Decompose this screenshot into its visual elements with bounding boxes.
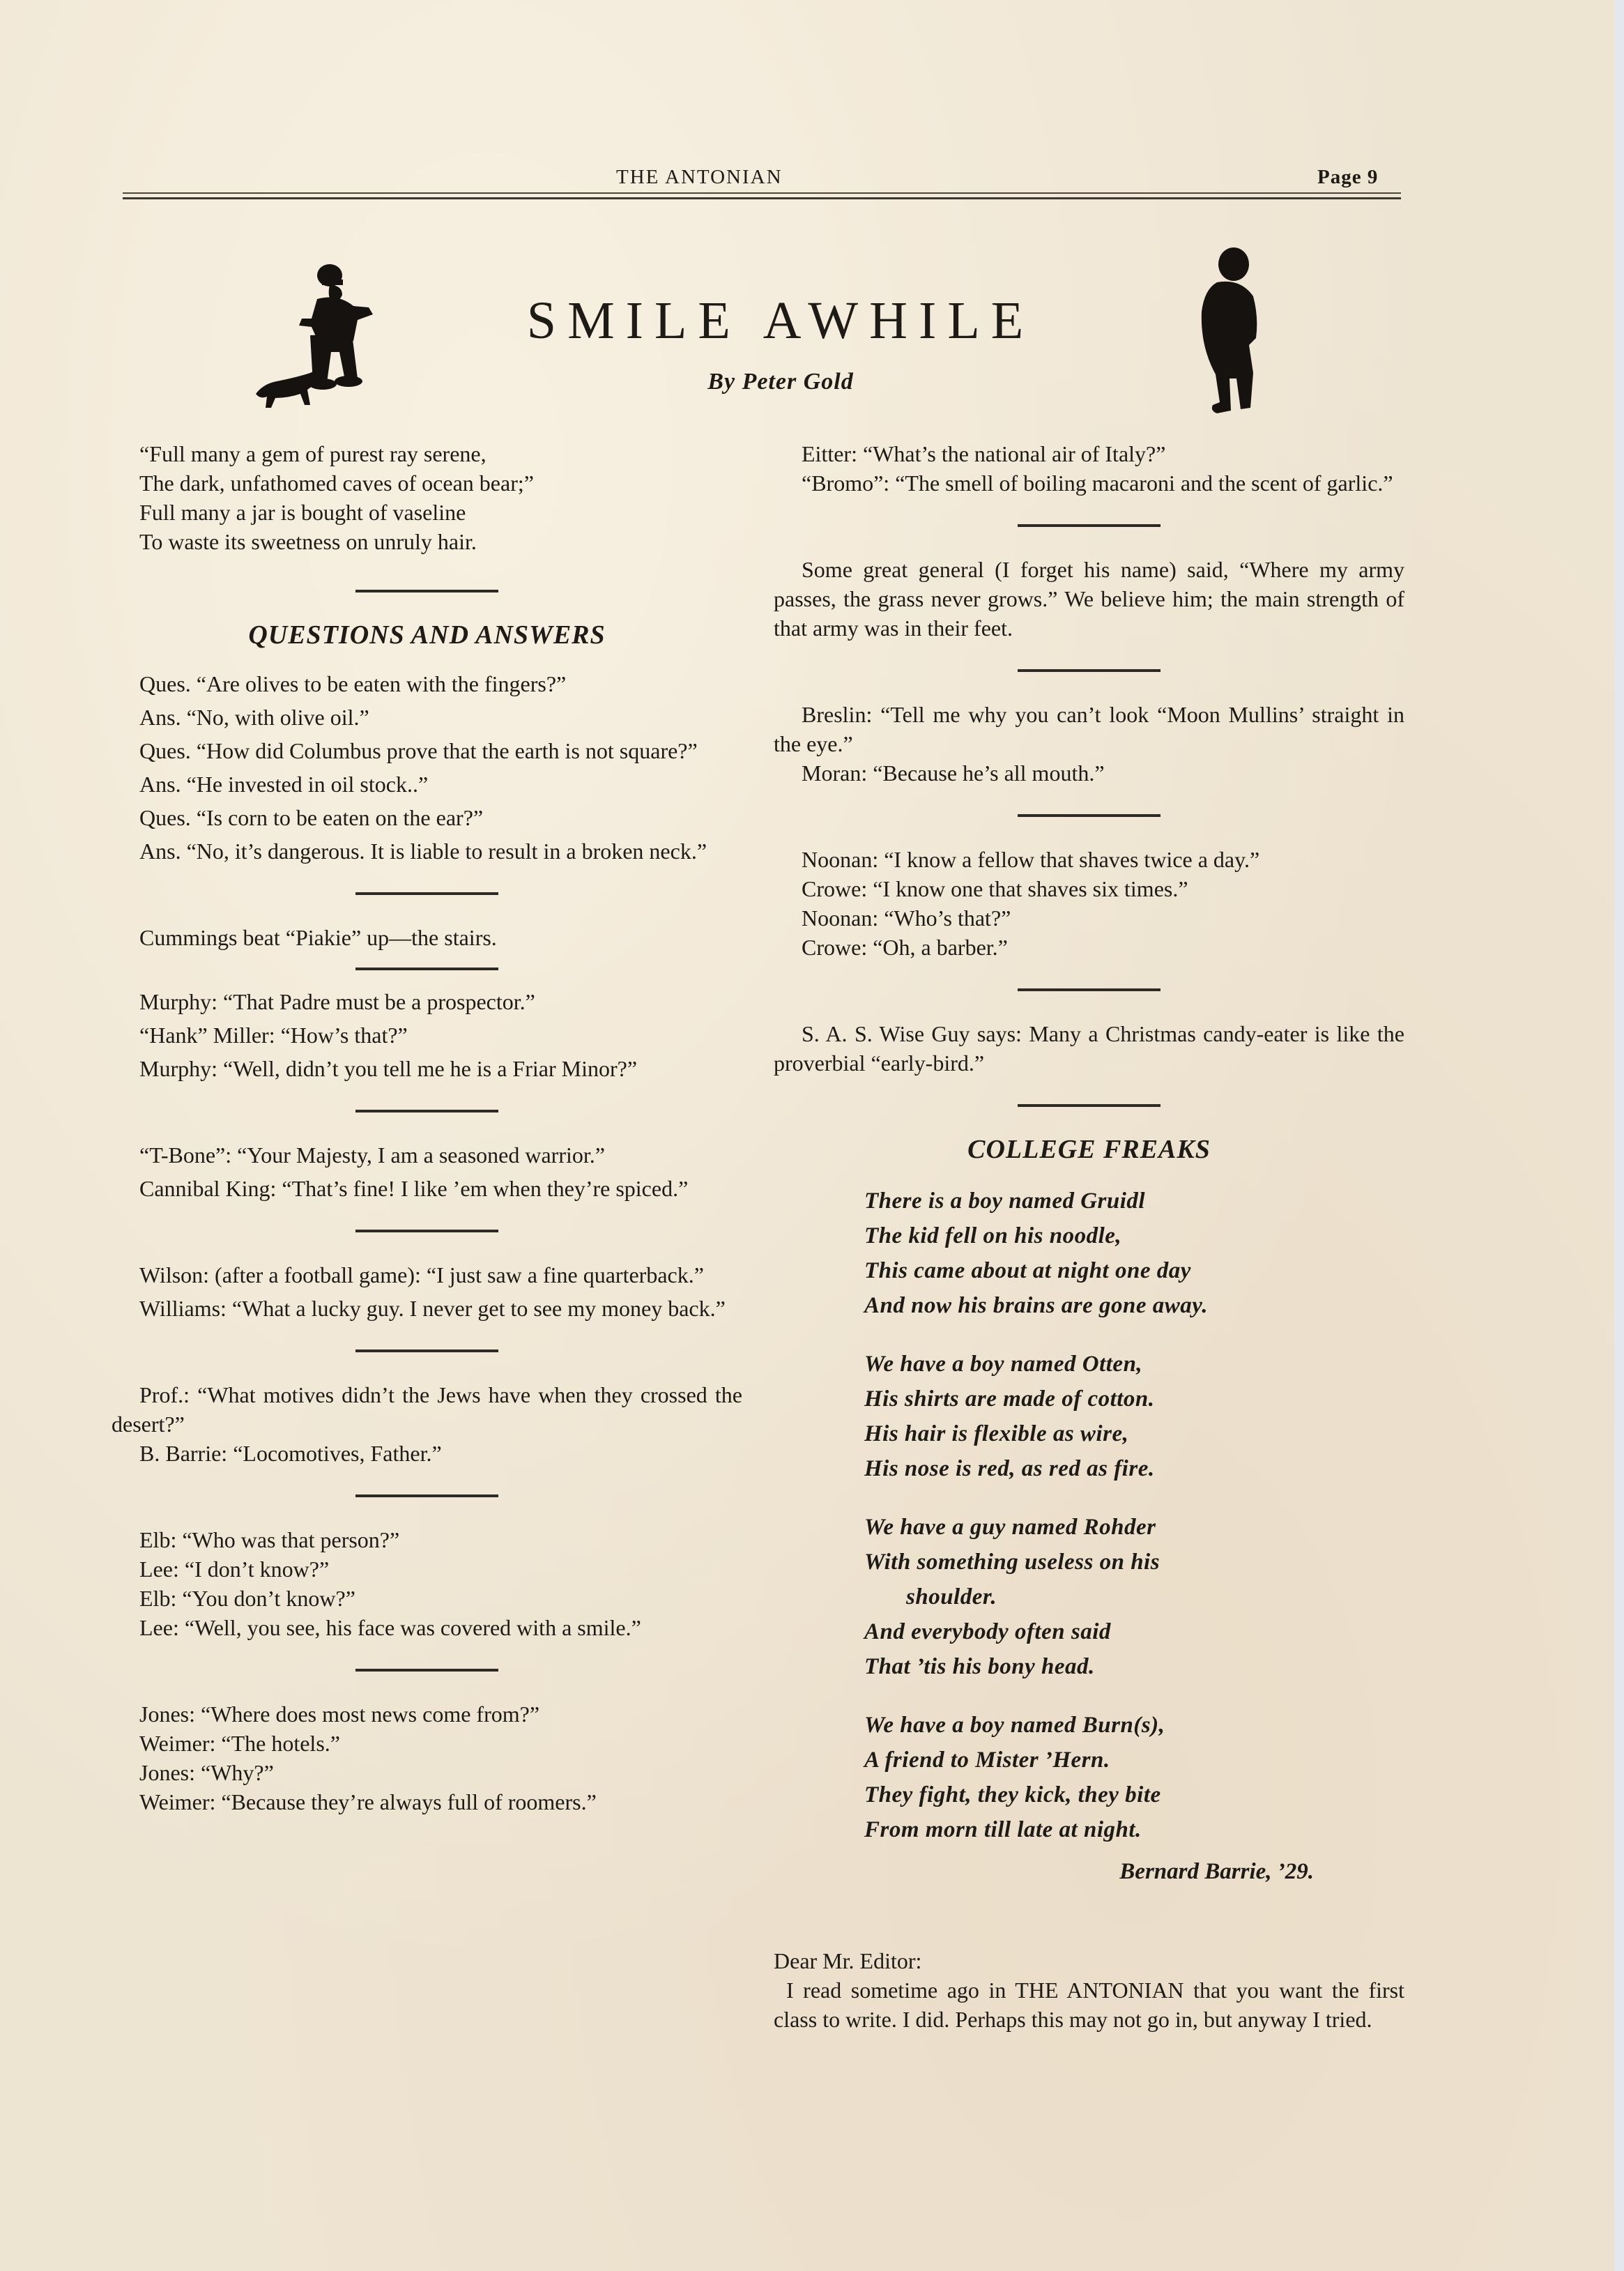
- stout-man-icon: [1185, 240, 1262, 429]
- joke-noonan: Noonan: “I know a fellow that shaves twi…: [774, 845, 1404, 962]
- qa-line: Ans. “He invested in oil stock..”: [112, 770, 742, 799]
- dialogue-line: Moran: “Because he’s all mouth.”: [774, 758, 1404, 788]
- section-separator: [355, 590, 498, 592]
- joke-murphy: Murphy: “That Padre must be a prospector…: [112, 987, 742, 1083]
- qa-line: Ques. “How did Columbus prove that the e…: [112, 736, 742, 765]
- page-number: Page 9: [1317, 166, 1378, 189]
- section-heading-college-freaks: COLLEGE FREAKS: [774, 1135, 1404, 1164]
- poem-line: They fight, they kick, they bite: [864, 1777, 1404, 1812]
- dialogue-line: Noonan: “Who’s that?”: [774, 903, 1404, 933]
- poem-line: That ’tis his bony head.: [864, 1649, 1404, 1684]
- dialogue-line: Lee: “I don’t know?”: [112, 1554, 742, 1584]
- poem-line: We have a boy named Otten,: [864, 1347, 1404, 1382]
- poem-line: With something useless on his: [864, 1545, 1404, 1580]
- section-separator: [1018, 524, 1160, 527]
- poem-line: His nose is red, as red as fire.: [864, 1451, 1404, 1486]
- dialogue-line: Elb: “Who was that person?”: [112, 1525, 742, 1554]
- article-title: SMILE AWHILE: [390, 289, 1171, 352]
- qa-section: Ques. “Are olives to be eaten with the f…: [112, 669, 742, 866]
- dialogue-line: Jones: “Why?”: [112, 1758, 742, 1787]
- section-separator: [1018, 814, 1160, 817]
- section-separator: [355, 1349, 498, 1352]
- qa-line: Ques. “Are olives to be eaten with the f…: [112, 669, 742, 698]
- dialogue-line: Elb: “You don’t know?”: [112, 1584, 742, 1613]
- poem-line: We have a boy named Burn(s),: [864, 1708, 1404, 1743]
- section-separator: [355, 892, 498, 895]
- joke-wilson: Wilson: (after a football game): “I just…: [112, 1260, 742, 1323]
- joke-breslin: Breslin: “Tell me why you can’t look “Mo…: [774, 700, 1404, 788]
- section-separator: [355, 1669, 498, 1672]
- poem-line: His hair is flexible as wire,: [864, 1416, 1404, 1451]
- section-heading-questions-and-answers: QUESTIONS AND ANSWERS: [112, 620, 742, 650]
- dialogue-line: Crowe: “Oh, a barber.”: [774, 933, 1404, 962]
- poem-signature: Bernard Barrie, ’29.: [774, 1857, 1404, 1886]
- joke-jones: Jones: “Where does most news come from?”…: [112, 1699, 742, 1817]
- qa-line: Ans. “No, it’s dangerous. It is liable t…: [112, 836, 742, 866]
- dialogue-line: Weimer: “The hotels.”: [112, 1729, 742, 1758]
- dialogue-line: Noonan: “I know a fellow that shaves twi…: [774, 845, 1404, 874]
- poem-line: There is a boy named Gruidl: [864, 1184, 1404, 1218]
- dialogue-line: “Hank” Miller: “How’s that?”: [112, 1020, 742, 1050]
- dialogue-line: Eitter: “What’s the national air of Ital…: [774, 439, 1404, 468]
- verse-line: Full many a jar is bought of vaseline: [139, 498, 742, 527]
- poem-line: And now his brains are gone away.: [864, 1288, 1404, 1323]
- joke-general: Some great general (I forget his name) s…: [774, 555, 1404, 643]
- poem-line: And everybody often said: [864, 1614, 1404, 1649]
- joke-prof: Prof.: “What motives didn’t the Jews hav…: [112, 1380, 742, 1468]
- section-separator: [1018, 1104, 1160, 1107]
- joke-eitter: Eitter: “What’s the national air of Ital…: [774, 439, 1404, 498]
- poem-stanza: We have a boy named Burn(s), A friend to…: [864, 1708, 1404, 1847]
- verse-line: The dark, unfathomed caves of ocean bear…: [139, 468, 742, 498]
- stout-man-illustration: [1185, 240, 1262, 429]
- section-separator: [1018, 988, 1160, 991]
- scan-background-edge: [1614, 0, 1624, 2271]
- article-byline: By Peter Gold: [390, 369, 1171, 395]
- verse-line: To waste its sweetness on unruly hair.: [139, 527, 742, 556]
- verse-line: “Full many a gem of purest ray serene,: [139, 439, 742, 468]
- dialogue-line: Crowe: “I know one that shaves six times…: [774, 874, 1404, 903]
- dialogue-line: Cannibal King: “That’s fine! I like ’em …: [112, 1174, 742, 1203]
- right-column: Eitter: “What’s the national air of Ital…: [774, 439, 1404, 2034]
- header-double-rule: [123, 192, 1401, 199]
- man-with-dog-illustration: [240, 254, 401, 415]
- dialogue-line: “T-Bone”: “Your Majesty, I am a seasoned…: [112, 1140, 742, 1170]
- dialogue-line: Prof.: “What motives didn’t the Jews hav…: [112, 1380, 742, 1439]
- letter-to-editor: Dear Mr. Editor: I read sometime ago in …: [774, 1946, 1404, 2034]
- poem-line: The kid fell on his noodle,: [864, 1218, 1404, 1253]
- dialogue-line: Wilson: (after a football game): “I just…: [112, 1260, 742, 1290]
- opening-verse: “Full many a gem of purest ray serene, T…: [139, 439, 742, 556]
- poem-stanza: We have a boy named Otten, His shirts ar…: [864, 1347, 1404, 1486]
- dialogue-line: Breslin: “Tell me why you can’t look “Mo…: [774, 700, 1404, 758]
- dialogue-line: Lee: “Well, you see, his face was covere…: [112, 1613, 742, 1642]
- poem-line: This came about at night one day: [864, 1253, 1404, 1288]
- section-separator: [355, 968, 498, 970]
- letter-body: I read sometime ago in THE ANTONIAN that…: [774, 1975, 1404, 2034]
- qa-line: Ques. “Is corn to be eaten on the ear?”: [112, 803, 742, 832]
- poem-line: shoulder.: [864, 1580, 1404, 1614]
- section-separator: [355, 1110, 498, 1112]
- article-title-block: SMILE AWHILE By Peter Gold: [390, 289, 1171, 395]
- running-head: THE ANTONIAN Page 9: [0, 166, 1614, 191]
- left-column: “Full many a gem of purest ray serene, T…: [112, 439, 742, 1817]
- joke-wise-guy: S. A. S. Wise Guy says: Many a Christmas…: [774, 1019, 1404, 1078]
- dialogue-line: Murphy: “That Padre must be a prospector…: [112, 987, 742, 1016]
- publication-name: THE ANTONIAN: [616, 166, 783, 189]
- dialogue-line: Williams: “What a lucky guy. I never get…: [112, 1294, 742, 1323]
- college-freaks-poem: There is a boy named Gruidl The kid fell…: [864, 1184, 1404, 1847]
- poem-line: A friend to Mister ’Hern.: [864, 1743, 1404, 1777]
- dialogue-line: Jones: “Where does most news come from?”: [112, 1699, 742, 1729]
- dialogue-line: Murphy: “Well, didn’t you tell me he is …: [112, 1054, 742, 1083]
- poem-stanza: We have a guy named Rohder With somethin…: [864, 1510, 1404, 1684]
- joke-cummings: Cummings beat “Piakie” up—the stairs.: [112, 923, 742, 952]
- joke-elb: Elb: “Who was that person?” Lee: “I don’…: [112, 1525, 742, 1642]
- poem-line: From morn till late at night.: [864, 1812, 1404, 1847]
- poem-line: His shirts are made of cotton.: [864, 1382, 1404, 1416]
- section-separator: [355, 1494, 498, 1497]
- poem-stanza: There is a boy named Gruidl The kid fell…: [864, 1184, 1404, 1323]
- man-with-dog-icon: [240, 254, 401, 415]
- qa-line: Ans. “No, with olive oil.”: [112, 703, 742, 732]
- letter-salutation: Dear Mr. Editor:: [774, 1946, 1404, 1975]
- section-separator: [355, 1230, 498, 1232]
- dialogue-line: “Bromo”: “The smell of boiling macaroni …: [774, 468, 1404, 498]
- dialogue-line: Weimer: “Because they’re always full of …: [112, 1787, 742, 1817]
- poem-line: We have a guy named Rohder: [864, 1510, 1404, 1545]
- dialogue-line: B. Barrie: “Locomotives, Father.”: [112, 1439, 742, 1468]
- section-separator: [1018, 669, 1160, 672]
- joke-tbone: “T-Bone”: “Your Majesty, I am a seasoned…: [112, 1140, 742, 1203]
